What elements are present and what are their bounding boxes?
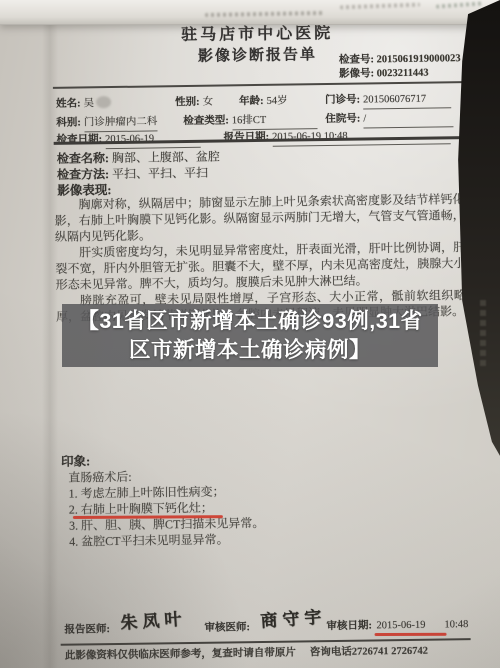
image-number-line: 影像号: 0023211443 [339, 66, 461, 82]
exam-method-line: 检查方法: 平扫、平扫、平扫 [57, 165, 208, 183]
review-doctor-label: 审核医师: [204, 620, 250, 637]
gender-label: 性别: [175, 97, 200, 108]
report-id-block: 检查号: 2015061919000023 影像号: 0023211443 [339, 52, 461, 82]
rolled-paper-edge [0, 0, 500, 25]
disclaimer-text: 此影像资料仅供临床医师参考，复查时请自带原片 [65, 648, 296, 662]
phone-text: 咨询电话2726741 2726742 [310, 646, 428, 659]
exam-name-label: 检查名称: [57, 151, 109, 166]
disclaimer-line: 此影像资料仅供临床医师参考，复查时请自带原片咨询电话2726741 272674… [65, 643, 471, 665]
exam-method-value: 平扫、平扫、平扫 [112, 166, 208, 181]
age-value: 54岁 [267, 96, 288, 107]
report-doctor-label: 报告医师: [64, 622, 110, 639]
exam-number-line: 检查号: 2015061919000023 [339, 52, 461, 68]
outpatient-value: 201506076717 [363, 91, 451, 109]
exam-name-value: 胸部、上腹部、盆腔 [112, 150, 220, 166]
review-doctor-signature: 商守宇 [260, 609, 327, 629]
banner-line-2: 区市新增本土确诊病例】 [129, 336, 371, 365]
impression-heading: 印象: [61, 453, 90, 469]
findings-paragraph-1: 胸廓对称，纵隔居中；肺窗显示左肺上叶见条索状高密度影及结节样钙化影，右肺上叶胸膜… [54, 191, 465, 245]
exam-number-label: 检查号: [339, 54, 374, 65]
name-field: 姓名: 吴 [56, 94, 111, 113]
department-label: 科别: [56, 117, 81, 128]
review-date-label: 审核日期: [326, 618, 372, 635]
gender-value: 女 [203, 97, 214, 108]
background-spine-marks [480, 300, 486, 370]
ink-showthrough-smudge [205, 11, 325, 17]
ink-showthrough-smudge [340, 3, 420, 10]
outpatient-field: 门诊号: 201506076717 [325, 89, 451, 110]
name-redaction-blob [96, 96, 111, 108]
exam-number-value: 2015061919000023 [376, 53, 460, 65]
patient-row-1: 姓名: 吴 性别: 女 年龄: 54岁 门诊号: 201506076717 [53, 89, 463, 95]
caption-overlay-banner: 【31省区市新增本土确诊93例,31省 区市新增本土确诊病例】 [62, 304, 438, 367]
exam-type-label: 检查类型: [183, 115, 229, 127]
exam-method-label: 检查方法: [57, 167, 109, 182]
handwritten-mark-smudge [436, 1, 484, 8]
name-label: 姓名: [56, 98, 81, 109]
age-label: 年龄: [239, 96, 264, 107]
photo-of-report: 驻马店市中心医院 影像诊断报告单 检查号: 2015061919000023 影… [0, 0, 500, 668]
inpatient-label: 住院号: [325, 114, 360, 125]
report-doctor-signature: 朱凤叶 [120, 611, 187, 631]
image-number-label: 影像号: [339, 68, 374, 79]
findings-paragraph-2: 肝实质密度均匀，未见明显异常密度灶，肝表面光滑，肝叶比例协调，肝裂不宽，肝内外胆… [55, 239, 466, 293]
header-divider [53, 81, 463, 88]
hospital-name: 驻马店市中心医院 [52, 24, 462, 46]
age-field: 年龄: 54岁 [239, 92, 288, 111]
red-underline-review-date [375, 633, 447, 636]
review-date-value: 2015-06-19 [376, 618, 425, 635]
gender-field: 性别: 女 [175, 93, 213, 112]
banner-line-1: 【31省区市新增本土确诊93例,31省 [77, 307, 422, 336]
outpatient-label: 门诊号: [325, 95, 360, 106]
image-number-value: 0023211443 [377, 68, 429, 80]
name-value: 吴 [84, 98, 95, 109]
review-time-value: 10:48 [444, 617, 468, 633]
